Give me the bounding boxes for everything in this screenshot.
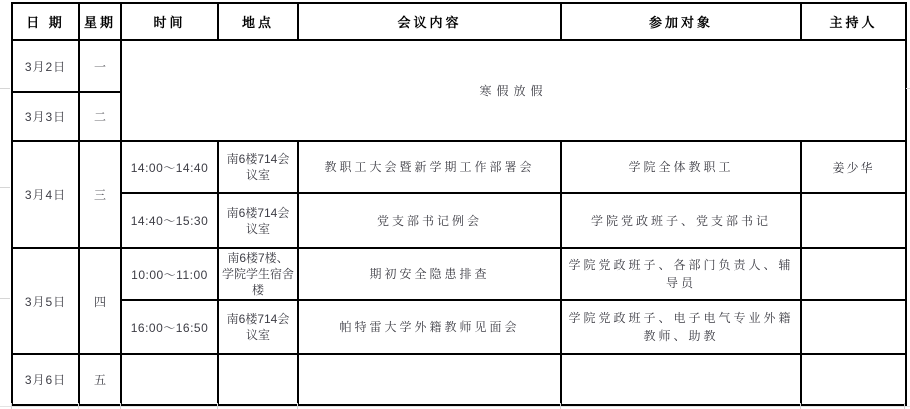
place-cell-mar6-empty xyxy=(218,354,298,405)
attendees-cell-mar6-empty xyxy=(561,354,801,405)
time-cell-m3: 10:00～11:00 xyxy=(121,248,218,300)
attendees-cell-m2: 学院党政班子、党支部书记 xyxy=(561,193,801,248)
header-cell-host: 主持人 xyxy=(801,3,906,40)
row-mar6: 3月6日 五 xyxy=(12,354,906,405)
gridline-artifact xyxy=(0,187,10,188)
gridline-artifact xyxy=(78,403,79,409)
time-cell-m2: 14:40～15:30 xyxy=(121,193,218,248)
gridline-artifact xyxy=(11,403,12,409)
date-cell-mar6: 3月6日 xyxy=(12,354,79,405)
time-cell-mar6-empty xyxy=(121,354,218,405)
gridline-artifact xyxy=(906,88,910,89)
week-cell-mar5: 四 xyxy=(79,248,121,354)
gridline-artifact xyxy=(904,403,905,409)
gridline-artifact xyxy=(0,298,10,299)
row-mar4-meeting2: 14:40～15:30 南6楼714会议室 党支部书记例会 学院党政班子、党支部… xyxy=(12,193,906,248)
gridline-artifact xyxy=(297,403,298,409)
attendees-cell-m4: 学院党政班子、电子电气专业外籍教师、助教 xyxy=(561,300,801,354)
place-cell-m3: 南6楼7楼、学院学生宿舍楼 xyxy=(218,248,298,300)
host-cell-m4 xyxy=(801,300,906,354)
week-cell-mar2: 一 xyxy=(79,40,121,92)
gridline-artifact xyxy=(800,403,801,409)
attendees-cell-m3: 学院党政班子、各部门负责人、辅导员 xyxy=(561,248,801,300)
row-mar5-meeting1: 3月5日 四 10:00～11:00 南6楼7楼、学院学生宿舍楼 期初安全隐患排… xyxy=(12,248,906,300)
content-cell-mar6-empty xyxy=(298,354,561,405)
gridline-artifact xyxy=(560,403,561,409)
header-cell-week: 星期 xyxy=(79,3,121,40)
week-cell-mar4: 三 xyxy=(79,141,121,248)
attendees-cell-m1: 学院全体教职工 xyxy=(561,141,801,193)
week-cell-mar6: 五 xyxy=(79,354,121,405)
place-cell-m1: 南6楼714会议室 xyxy=(218,141,298,193)
date-cell-mar4: 3月4日 xyxy=(12,141,79,248)
header-cell-date: 日 期 xyxy=(12,3,79,40)
date-cell-mar3: 3月3日 xyxy=(12,92,79,141)
host-cell-m2 xyxy=(801,193,906,248)
meeting-schedule-table: 日 期 星期 时间 地点 会议内容 参加对象 主持人 3月2日 一 寒假放假 3… xyxy=(11,2,907,406)
header-cell-place: 地点 xyxy=(218,3,298,40)
place-cell-m4: 南6楼714会议室 xyxy=(218,300,298,354)
row-mar2: 3月2日 一 寒假放假 xyxy=(12,40,906,92)
header-cell-content: 会议内容 xyxy=(298,3,561,40)
content-cell-m1: 教职工大会暨新学期工作部署会 xyxy=(298,141,561,193)
place-cell-m2: 南6楼714会议室 xyxy=(218,193,298,248)
meeting-schedule-page: 日 期 星期 时间 地点 会议内容 参加对象 主持人 3月2日 一 寒假放假 3… xyxy=(0,0,910,409)
gridline-artifact xyxy=(217,403,218,409)
time-cell-m1: 14:00～14:40 xyxy=(121,141,218,193)
header-cell-time: 时间 xyxy=(121,3,218,40)
time-cell-m4: 16:00～16:50 xyxy=(121,300,218,354)
gridline-artifact xyxy=(120,403,121,409)
host-cell-mar6-empty xyxy=(801,354,906,405)
host-cell-m3 xyxy=(801,248,906,300)
content-cell-m2: 党支部书记例会 xyxy=(298,193,561,248)
date-cell-mar2: 3月2日 xyxy=(12,40,79,92)
row-mar4-meeting1: 3月4日 三 14:00～14:40 南6楼714会议室 教职工大会暨新学期工作… xyxy=(12,141,906,193)
content-cell-m3: 期初安全隐患排查 xyxy=(298,248,561,300)
date-cell-mar5: 3月5日 xyxy=(12,248,79,354)
gridline-artifact xyxy=(0,88,10,89)
gridline-artifact xyxy=(0,406,910,407)
week-cell-mar3: 二 xyxy=(79,92,121,141)
header-row: 日 期 星期 时间 地点 会议内容 参加对象 主持人 xyxy=(12,3,906,40)
header-cell-attendees: 参加对象 xyxy=(561,3,801,40)
content-cell-m4: 帕特雷大学外籍教师见面会 xyxy=(298,300,561,354)
host-cell-m1: 姜少华 xyxy=(801,141,906,193)
row-mar5-meeting2: 16:00～16:50 南6楼714会议室 帕特雷大学外籍教师见面会 学院党政班… xyxy=(12,300,906,354)
vacation-note-cell: 寒假放假 xyxy=(121,40,906,141)
